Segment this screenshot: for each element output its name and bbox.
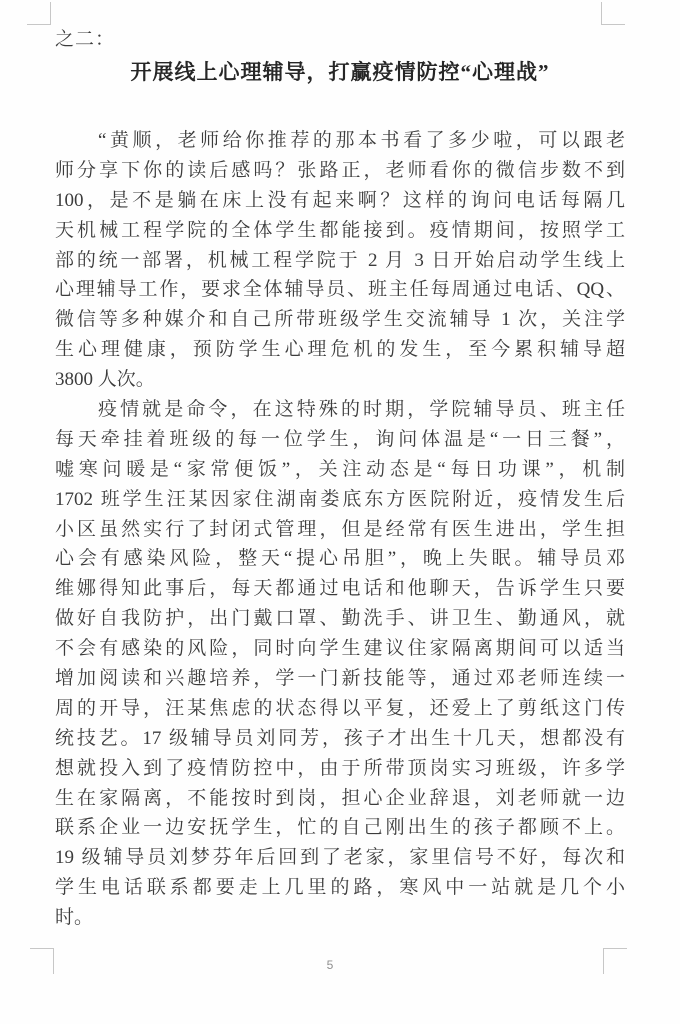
text-line: “黄顺，老师给你推荐的那本书看了多少啦，可以跟老 [55,126,625,156]
text-line: 部的统一部署，机械工程学院于 2 月 3 日开始启动学生线上 [55,246,625,276]
text-line: 增加阅读和兴趣培养，学一门新技能等，通过邓老师连续一 [55,664,625,694]
text-line: 3800 人次。 [55,365,625,395]
text-line: 天机械工程学院的全体学生都能接到。疫情期间，按照学工 [55,216,625,246]
text-line: 维娜得知此事后，每天都通过电话和他聊天，告诉学生只要 [55,574,625,604]
crop-mark-top-left-icon [27,2,51,25]
text-line: 疫情就是命令，在这特殊的时期，学院辅导员、班主任 [55,395,625,425]
text-line: 学生电话联系都要走上几里的路，寒风中一站就是几个小 [55,873,625,903]
text-line: 每天牵挂着班级的每一位学生，询问体温是“一日三餐”， [55,425,625,455]
text-line: 联系企业一边安抚学生，忙的自己刚出生的孩子都顾不上。 [55,813,625,843]
text-line: 周的开导，汪某焦虑的状态得以平复，还爱上了剪纸这门传 [55,694,625,724]
paragraph-1: “黄顺，老师给你推荐的那本书看了多少啦，可以跟老师分享下你的读后感吗？张路正，老… [55,126,625,395]
text-line: 生在家隔离，不能按时到岗，担心企业辞退，刘老师就一边 [55,784,625,814]
document-title: 开展线上心理辅导，打赢疫情防控“心理战” [55,58,625,86]
text-line: 师分享下你的读后感吗？张路正，老师看你的微信步数不到 [55,156,625,186]
document-page: 之二： 开展线上心理辅导，打赢疫情防控“心理战” “黄顺，老师给你推荐的那本书看… [0,0,680,1024]
text-line: 100，是不是躺在床上没有起来啊？这样的询问电话每隔几 [55,186,625,216]
document-body: “黄顺，老师给你推荐的那本书看了多少啦，可以跟老师分享下你的读后感吗？张路正，老… [55,126,625,933]
text-line: 嘘寒问暖是“家常便饭”，关注动态是“每日功课”，机制 [55,455,625,485]
crop-mark-top-right-icon [601,2,625,25]
text-line: 微信等多种媒介和自己所带班级学生交流辅导 1 次，关注学 [55,305,625,335]
text-line: 想就投入到了疫情防控中，由于所带顶岗实习班级，许多学 [55,754,625,784]
text-line: 时。 [55,903,625,933]
section-label: 之二： [55,28,115,52]
text-line: 小区虽然实行了封闭式管理，但是经常有医生进出，学生担 [55,515,625,545]
text-line: 生心理健康，预防学生心理危机的发生，至今累积辅导超 [55,335,625,365]
text-line: 做好自我防护，出门戴口罩、勤洗手、讲卫生、勤通风，就 [55,604,625,634]
text-line: 统技艺。17 级辅导员刘同芳，孩子才出生十几天，想都没有 [55,724,625,754]
text-line: 1702 班学生汪某因家住湖南娄底东方医院附近，疫情发生后 [55,485,625,515]
page-number: 5 [0,958,660,972]
text-line: 不会有感染的风险，同时向学生建议住家隔离期间可以适当 [55,634,625,664]
paragraph-2: 疫情就是命令，在这特殊的时期，学院辅导员、班主任每天牵挂着班级的每一位学生，询问… [55,395,625,933]
text-line: 心会有感染风险，整天“提心吊胆”，晚上失眠。辅导员邓 [55,544,625,574]
text-line: 19 级辅导员刘梦芬年后回到了老家，家里信号不好，每次和 [55,843,625,873]
text-line: 心理辅导工作，要求全体辅导员、班主任每周通过电话、QQ、 [55,275,625,305]
